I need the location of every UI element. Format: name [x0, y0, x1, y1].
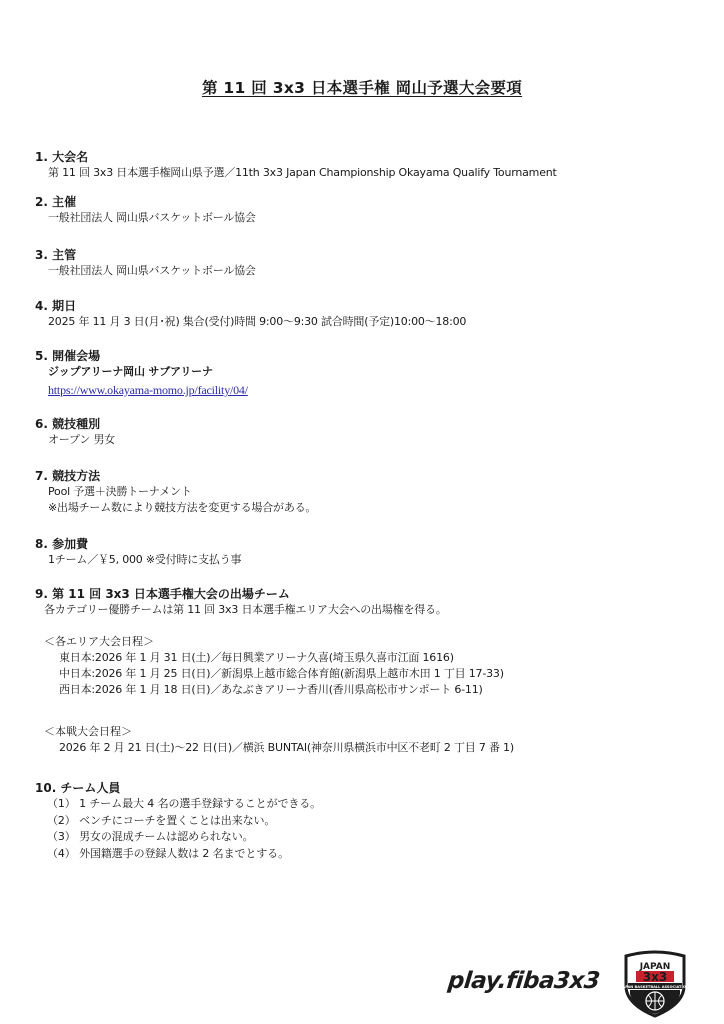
section-heading: 3. 主管: [35, 247, 256, 263]
area-schedule-east: 東日本:2026 年 1 月 31 日(土)／毎日興業アリーナ久喜(埼玉県久喜市…: [35, 650, 504, 666]
section-text: オープン 男女: [35, 432, 115, 448]
section-competition-format: 7. 競技方法 Pool 予選＋決勝トーナメント ※出場チーム数により競技方法を…: [35, 468, 316, 516]
area-schedule-west: 西日本:2026 年 1 月 18 日(日)／あなぶきアリーナ香川(香川県高松市…: [35, 682, 504, 698]
section-heading: 9. 第 11 回 3x3 日本選手権大会の出場チーム: [35, 586, 447, 602]
area-schedule: ＜各エリア大会日程＞ 東日本:2026 年 1 月 31 日(土)／毎日興業アリ…: [35, 634, 504, 698]
section-text: 第 11 回 3x3 日本選手権岡山県予選／11th 3x3 Japan Cha…: [35, 165, 557, 181]
section-text: 各カテゴリー優勝チームは第 11 回 3x3 日本選手権エリア大会への出場権を得…: [35, 602, 447, 618]
main-schedule-text: 2026 年 2 月 21 日(土)～22 日(日)／横浜 BUNTAI(神奈川…: [35, 740, 514, 756]
section-tournament-name: 1. 大会名 第 11 回 3x3 日本選手権岡山県予選／11th 3x3 Ja…: [35, 149, 557, 181]
basketball-icon: [646, 992, 664, 1010]
badge-band-text: JAPAN BASKETBALL ASSOCIATION: [620, 985, 689, 989]
section-heading: 4. 期日: [35, 298, 466, 314]
venue-link[interactable]: https://www.okayama-momo.jp/facility/04/: [48, 383, 248, 397]
section-team-members: 10. チーム人員 （1） 1 チーム最大 4 名の選手登録することができる。 …: [35, 780, 321, 862]
japan-3x3-badge: JAPAN 3x3 JAPAN BASKETBALL ASSOCIATION: [620, 950, 690, 1018]
document-title: 第 11 回 3x3 日本選手権 岡山予選大会要項: [0, 76, 724, 98]
section-heading: 1. 大会名: [35, 149, 557, 165]
section-text: 2025 年 11 月 3 日(月･祝) 集合(受付)時間 9:00～9:30 …: [35, 314, 466, 330]
badge-3x3-text: 3x3: [643, 970, 667, 984]
section-heading: 10. チーム人員: [35, 780, 321, 796]
venue-name: ジップアリーナ岡山 サブアリーナ: [35, 364, 248, 380]
section-qualifying-team: 9. 第 11 回 3x3 日本選手権大会の出場チーム 各カテゴリー優勝チームは…: [35, 586, 447, 618]
main-schedule-heading: ＜本戦大会日程＞: [35, 724, 514, 740]
main-schedule: ＜本戦大会日程＞ 2026 年 2 月 21 日(土)～22 日(日)／横浜 B…: [35, 724, 514, 756]
section-heading: 5. 開催会場: [35, 348, 248, 364]
section-note: ※出場チーム数により競技方法を変更する場合がある。: [35, 500, 316, 516]
section-text: 一般社団法人 岡山県バスケットボール協会: [35, 263, 256, 279]
area-schedule-central: 中日本:2026 年 1 月 25 日(日)／新潟県上越市総合体育館(新潟県上越…: [35, 666, 504, 682]
section-text: 一般社団法人 岡山県バスケットボール協会: [35, 210, 256, 226]
section-heading: 6. 競技種別: [35, 416, 115, 432]
document-title-text: 第 11 回 3x3 日本選手権 岡山予選大会要項: [202, 79, 522, 97]
play-fiba3x3-logo: play.fiba3x3: [447, 968, 601, 994]
section-heading: 8. 参加費: [35, 536, 241, 552]
section-heading: 2. 主催: [35, 194, 256, 210]
section-host: 3. 主管 一般社団法人 岡山県バスケットボール協会: [35, 247, 256, 279]
section-date: 4. 期日 2025 年 11 月 3 日(月･祝) 集合(受付)時間 9:00…: [35, 298, 466, 330]
list-item: （2） ベンチにコーチを置くことは出来ない。: [35, 813, 321, 830]
section-category: 6. 競技種別 オープン 男女: [35, 416, 115, 448]
section-venue: 5. 開催会場 ジップアリーナ岡山 サブアリーナ https://www.oka…: [35, 348, 248, 399]
shield-logo-icon: JAPAN 3x3 JAPAN BASKETBALL ASSOCIATION: [620, 950, 690, 1018]
list-item: （3） 男女の混成チームは認められない。: [35, 829, 321, 846]
section-text: Pool 予選＋決勝トーナメント: [35, 484, 316, 500]
list-item: （1） 1 チーム最大 4 名の選手登録することができる。: [35, 796, 321, 813]
section-text: 1チーム／￥5, 000 ※受付時に支払う事: [35, 552, 241, 568]
section-entry-fee: 8. 参加費 1チーム／￥5, 000 ※受付時に支払う事: [35, 536, 241, 568]
section-heading: 7. 競技方法: [35, 468, 316, 484]
area-schedule-heading: ＜各エリア大会日程＞: [35, 634, 504, 650]
section-organizer: 2. 主催 一般社団法人 岡山県バスケットボール協会: [35, 194, 256, 226]
list-item: （4） 外国籍選手の登録人数は 2 名までとする。: [35, 846, 321, 863]
